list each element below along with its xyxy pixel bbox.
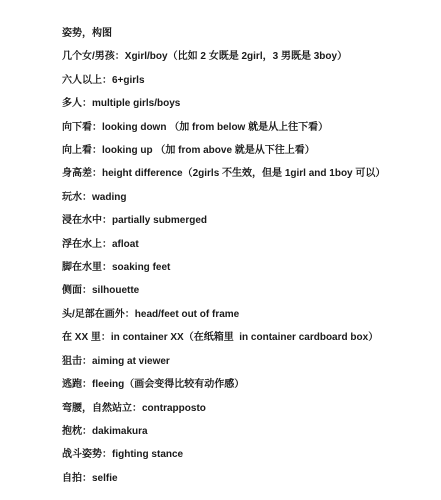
label-text: 男既是 (278, 51, 314, 62)
doc-line: 多人：multiple girls/boys (62, 92, 423, 115)
term-text: fighting stance (112, 449, 183, 460)
doc-line: 自拍：selfie (62, 467, 423, 490)
term-text: from above (178, 145, 232, 156)
doc-line: 向下看：looking down （加 from below 就是从上往下看） (62, 116, 423, 139)
term-text: partially submerged (112, 215, 207, 226)
label-text: 浮在水上： (62, 239, 112, 250)
label-text: 侧面： (62, 285, 92, 296)
term-text: head/feet out of frame (135, 309, 239, 320)
doc-line: 玩水：wading (62, 186, 423, 209)
label-text: 不生效，但是 (219, 168, 285, 179)
label-text: 狙击： (62, 356, 92, 367)
label-text: 就是从下往上看） (232, 145, 315, 156)
term-text: afloat (112, 239, 139, 250)
label-text: 战斗姿势： (62, 449, 112, 460)
document-text-block: 姿势，构图几个女/男孩：Xgirl/boy（比如 2 女既是 2girl，3 男… (62, 22, 423, 490)
label-text: 抱枕： (62, 426, 92, 437)
label-text: （ (183, 168, 193, 179)
label-text: 逃跑： (62, 379, 92, 390)
doc-line: 浸在水中：partially submerged (62, 209, 423, 232)
label-text: （比如 (168, 51, 201, 62)
label-text: （画会变得比较有动作感） (124, 379, 244, 390)
term-text: 1girl and 1boy (285, 168, 353, 179)
label-text: ） (368, 332, 378, 343)
doc-line: 六人以上：6+girls (62, 69, 423, 92)
term-text: in container XX (111, 332, 184, 343)
term-text: looking down (102, 122, 166, 133)
label-text: 可以） (353, 168, 386, 179)
doc-line: 侧面：silhouette (62, 279, 423, 302)
term-text: 2girls (193, 168, 220, 179)
doc-line: 头/足部在画外：head/feet out of frame (62, 303, 423, 326)
doc-line: 姿势，构图 (62, 22, 423, 45)
label-text: 几个女/男孩： (62, 51, 125, 62)
label-text: 多人： (62, 98, 92, 109)
term-text: in container cardboard box (239, 332, 368, 343)
term-text: soaking feet (112, 262, 170, 273)
label-text: 姿势，构图 (62, 28, 112, 39)
doc-line: 浮在水上：afloat (62, 233, 423, 256)
label-text: 浸在水中： (62, 215, 112, 226)
term-text: silhouette (92, 285, 139, 296)
doc-line: 逃跑：fleeing（画会变得比较有动作感） (62, 373, 423, 396)
term-text: fleeing (92, 379, 124, 390)
doc-line: 在 XX 里：in container XX（在纸箱里 in container… (62, 326, 423, 349)
term-text: Xgirl/boy (125, 51, 168, 62)
label-text: 弯腰，自然站立： (62, 403, 142, 414)
term-text: dakimakura (92, 426, 148, 437)
term-text: looking up (102, 145, 153, 156)
term-text: XX (75, 332, 88, 343)
label-text: 脚在水里： (62, 262, 112, 273)
term-text: 6+girls (112, 75, 145, 86)
doc-line: 身高差：height difference（2girls 不生效，但是 1gir… (62, 162, 423, 185)
doc-line: 抱枕：dakimakura (62, 420, 423, 443)
document-page: 姿势，构图几个女/男孩：Xgirl/boy（比如 2 女既是 2girl，3 男… (0, 0, 441, 500)
label-text: （加 (166, 122, 192, 133)
label-text: 在 (62, 332, 75, 343)
label-text: 向上看： (62, 145, 102, 156)
label-text: 里： (88, 332, 111, 343)
label-text: 就是从上往下看） (245, 122, 328, 133)
doc-line: 狙击：aiming at viewer (62, 350, 423, 373)
doc-line: 脚在水里：soaking feet (62, 256, 423, 279)
label-text: 身高差： (62, 168, 102, 179)
term-text: contrapposto (142, 403, 206, 414)
label-text: （在纸箱里 (184, 332, 240, 343)
term-text: multiple girls/boys (92, 98, 180, 109)
term-text: aiming at viewer (92, 356, 170, 367)
term-text: 2girl (241, 51, 262, 62)
doc-line: 向上看：looking up （加 from above 就是从下往上看） (62, 139, 423, 162)
label-text: （加 (153, 145, 179, 156)
doc-line: 几个女/男孩：Xgirl/boy（比如 2 女既是 2girl，3 男既是 3b… (62, 45, 423, 68)
term-text: wading (92, 192, 126, 203)
label-text: 六人以上： (62, 75, 112, 86)
doc-line: 战斗姿势：fighting stance (62, 443, 423, 466)
label-text: 女既是 (206, 51, 242, 62)
label-text: 自拍： (62, 473, 92, 484)
label-text: ， (263, 51, 273, 62)
doc-line: 弯腰，自然站立：contrapposto (62, 397, 423, 420)
term-text: 3boy (314, 51, 337, 62)
term-text: height difference (102, 168, 183, 179)
term-text: from below (192, 122, 245, 133)
label-text: 向下看： (62, 122, 102, 133)
label-text: 头/足部在画外： (62, 309, 135, 320)
label-text: ） (337, 51, 347, 62)
term-text: selfie (92, 473, 118, 484)
label-text: 玩水： (62, 192, 92, 203)
